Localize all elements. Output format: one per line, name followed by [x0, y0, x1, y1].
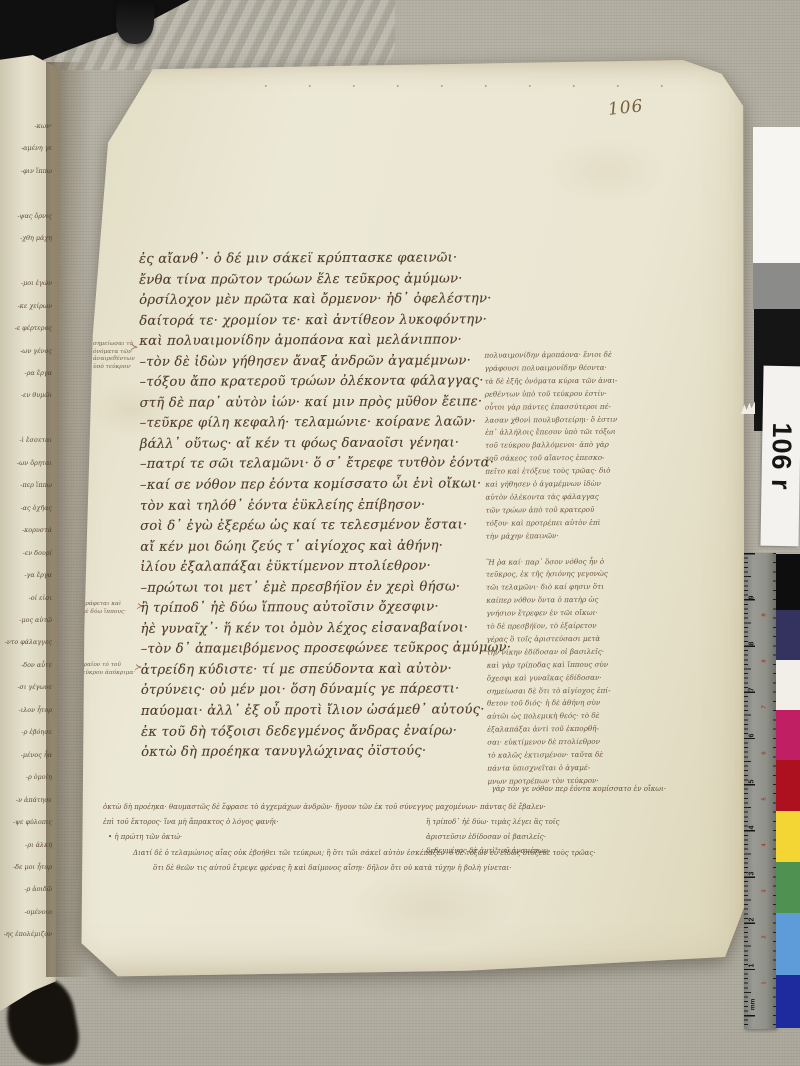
folio-reference-label: 106 r	[765, 422, 797, 491]
color-calibration-strip	[776, 554, 800, 1028]
color-patch-magenta	[776, 710, 800, 760]
calibration-gray-patch	[753, 263, 800, 309]
bottom-scholia-segment: ἐπὶ τοῦ ἕκτορος· ἵνα μὴ ἄπρακτος ὁ λόγος…	[103, 815, 413, 830]
ruler-cm-ticks	[744, 553, 755, 1029]
facing-page-line-endings: -κων· -αμένη γε -φιν ἵππω -ψας ὄρνις -χθ…	[0, 115, 52, 946]
ruler-number: 7	[748, 688, 755, 692]
ruler-number-red: 6	[762, 751, 768, 754]
color-patch-red	[776, 760, 800, 811]
calibration-white-patch	[753, 127, 800, 263]
ruler-number: 2	[748, 918, 755, 922]
manuscript-page: 106 ἐς αἴανθ᾽· ὁ δέ μιν σάκεϊ κρύπτασκε …	[48, 60, 746, 980]
ruler-number: 9	[748, 596, 755, 600]
ruler-number-red: 5	[762, 797, 768, 800]
ruler-number-red: 7	[762, 705, 768, 708]
ruler-number: 4	[748, 826, 755, 830]
bottom-scholia-segment: ὀκτὼ δὴ προέηκα· θαυμαστῶς δὲ ἔφρασε τὸ …	[103, 800, 669, 815]
manuscript-photo-scene: -κων· -αμένη γε -φιν ἵππω -ψας ὄρνις -χθ…	[0, 0, 800, 1066]
ruler-number-red: 1	[762, 981, 768, 984]
ruler-number-red: 4	[762, 843, 768, 846]
iliad-main-text: ἐς αἴανθ᾽· ὁ δέ μιν σάκεϊ κρύπτασκε φαει…	[139, 248, 521, 763]
left-margin-note-2: γράφεται καὶ ἠὲ δύω ἵππους·	[82, 601, 126, 616]
color-patch-black	[776, 554, 800, 610]
manuscript-page-wrap: 106 ἐς αἴανθ᾽· ὁ δέ μιν σάκεϊ κρύπτασκε …	[48, 60, 746, 980]
ruler-number: 6	[748, 734, 755, 738]
ruler-number: 1	[748, 964, 755, 968]
ruler-number-red: 8	[762, 659, 768, 662]
bottom-scholia-segment: γὰρ τόν γε νόθον περ ἐόντα κομίσσατο ἐν …	[398, 782, 666, 797]
color-patch-yellow	[776, 811, 800, 862]
margin-siglum-2: ≻	[136, 602, 144, 612]
ruler-number-red: 3	[762, 889, 768, 892]
left-margin-note-1: σημείωσαι τὰ ὀνόματα τῶν ἀναιρεθέντων ὑπ…	[93, 341, 135, 371]
bottom-scholia-segment: Διατί δὲ ὁ τελαμώνιος αἴας οὐκ ἐβοήθει τ…	[133, 846, 661, 861]
color-patch-navy	[776, 610, 800, 660]
color-patch-sky-blue	[776, 913, 800, 975]
color-patch-white	[776, 660, 800, 710]
left-margin-note-3: ὡραῖον τὸ τοῦ τεύκρου ἀπόκριμα·	[79, 662, 135, 677]
color-patch-green	[776, 862, 800, 913]
ruler-number: 5	[748, 780, 755, 784]
right-margin-scholia: πολυαιμονίδην ἀμοπάονα· ἔνιοι δὲ γράφουσ…	[484, 348, 671, 788]
ruler-number: 3	[748, 872, 755, 876]
bottom-scholia-segment: • ἡ πρώτη τῶν ὀκτώ·	[108, 830, 258, 845]
ruler-number-red: 2	[762, 935, 768, 938]
photographic-ruler: 9 8 7 6 5 4 3 2 1 9 8 7 6 5 4 3 2 1 mm	[744, 553, 776, 1029]
ruler-unit-label: mm	[749, 999, 756, 1011]
pricking-dots	[265, 85, 690, 87]
folio-number: 106	[607, 96, 644, 120]
ruler-number-red: 9	[762, 613, 768, 616]
ruler-number: 8	[748, 642, 755, 646]
bottom-scholia-segment: ὅτι δὲ θεῶν τις αὐτοῦ ἔτρεψε φρένας ἢ κα…	[153, 861, 633, 876]
color-patch-dark-blue	[776, 975, 800, 1028]
folio-reference-tag: 106 r	[760, 366, 800, 547]
